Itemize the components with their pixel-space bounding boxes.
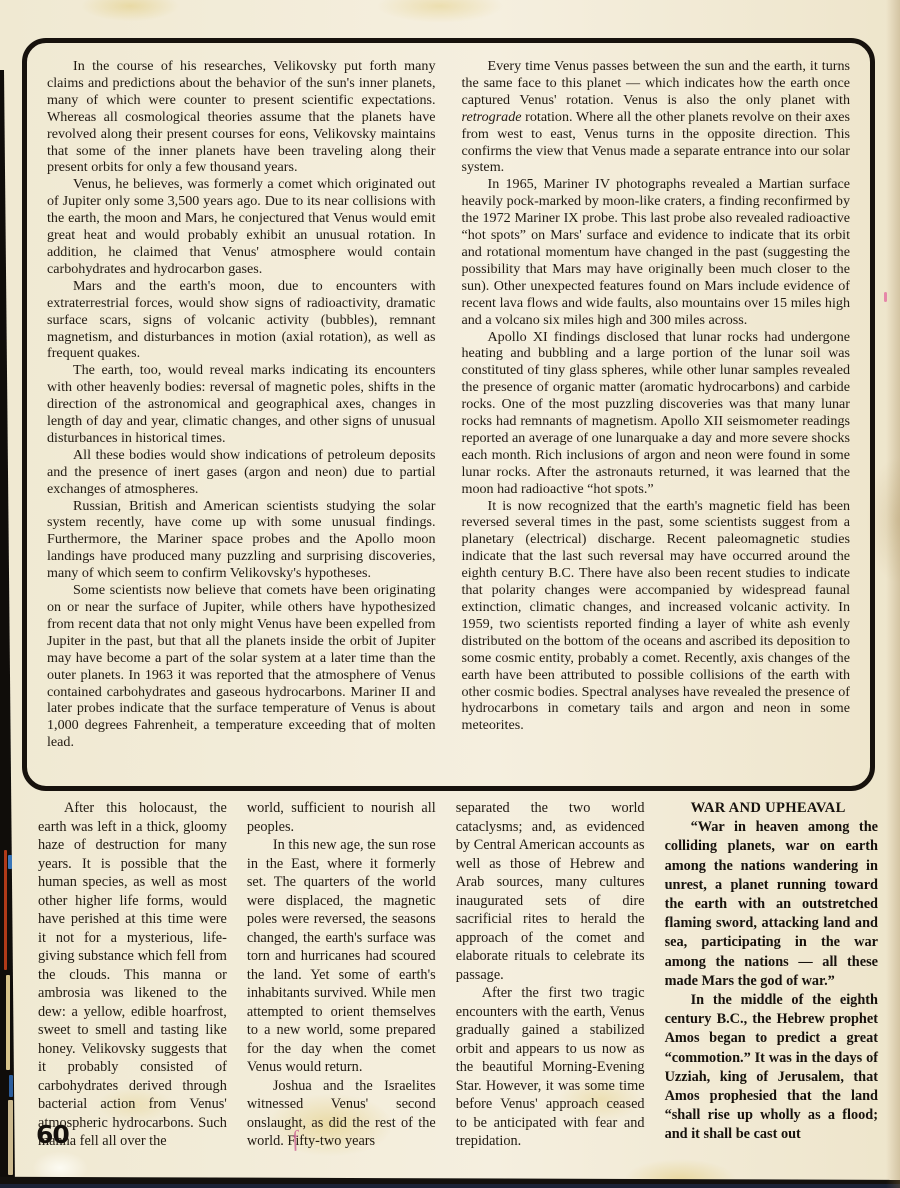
page-edge-stripe-tan [8, 1100, 13, 1175]
paragraph: Joshua and the Israelites witnessed Venu… [247, 1077, 436, 1151]
lower-article: After this holocaust, the earth was left… [38, 799, 878, 1151]
page-edge-right-shade [886, 0, 900, 1188]
paragraph: Apollo XI findings disclosed that lunar … [462, 329, 851, 498]
paragraph: In 1965, Mariner IV photographs revealed… [462, 176, 851, 328]
page-edge-stripe-yellow [6, 975, 10, 1070]
bold-quote: “War in heaven among the colliding plane… [665, 818, 878, 991]
page-edge-bottom [0, 1174, 900, 1188]
paragraph: separated the two world cataclysms; and,… [456, 799, 645, 984]
paragraph: Some scientists now believe that comets … [47, 582, 436, 751]
section-heading: WAR AND UPHEAVAL [665, 799, 878, 818]
page-edge-stripe-blue [8, 855, 12, 869]
lower-column-1: After this holocaust, the earth was left… [38, 799, 227, 1151]
paragraph: The earth, too, would reveal marks indic… [47, 362, 436, 447]
paragraph: In the middle of the eighth century B.C.… [665, 991, 878, 1145]
lower-column-2: world, sufficient to nourish all peoples… [247, 799, 436, 1151]
paragraph: In the course of his researches, Velikov… [47, 58, 436, 176]
paragraph: It is now recognized that the earth's ma… [462, 498, 851, 735]
paragraph: All these bodies would show indications … [47, 447, 436, 498]
pink-mark [884, 292, 887, 302]
lower-column-3: separated the two world cataclysms; and,… [456, 799, 645, 1151]
page-edge-stripe-blue [9, 1075, 13, 1097]
paragraph: Venus, he believes, was formerly a comet… [47, 176, 436, 277]
paragraph: In this new age, the sun rose in the Eas… [247, 836, 436, 1077]
paragraph: After the first two tragic encounters wi… [456, 984, 645, 1151]
paragraph: After this holocaust, the earth was left… [38, 799, 227, 1151]
scanned-page: In the course of his researches, Velikov… [0, 0, 900, 1188]
top-article-box: In the course of his researches, Velikov… [22, 38, 875, 791]
italic-word: retrograde [462, 109, 522, 125]
paragraph: Russian, British and American scientists… [47, 498, 436, 583]
paragraph: Mars and the earth's moon, due to encoun… [47, 278, 436, 363]
paragraph: world, sufficient to nourish all peoples… [247, 799, 436, 836]
box-right-column: Every time Venus passes between the sun … [462, 58, 851, 776]
page-edge-stripe-red [4, 850, 7, 970]
box-left-column: In the course of his researches, Velikov… [47, 58, 436, 776]
paragraph: Every time Venus passes between the sun … [462, 58, 851, 176]
page-number: 60 [36, 1120, 69, 1149]
lower-column-4: WAR AND UPHEAVAL “War in heaven among th… [665, 799, 878, 1151]
paragraph-text: Every time Venus passes between the sun … [462, 58, 851, 108]
